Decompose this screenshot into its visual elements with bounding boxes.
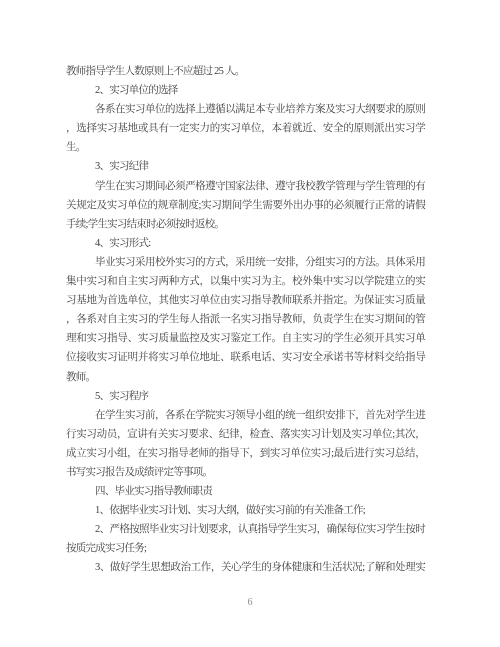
text-line: 1、依据毕业实习计划、实习大纲，做好实习前的有关准备工作; xyxy=(66,501,425,520)
text-line: 在学生实习前，各系在学院实习领导小组的统一组织安排下，首先对学生进 xyxy=(66,406,425,425)
text-line: ，选择实习基地或具有一定实力的实习单位，本着就近、安全的原则派出实习学 xyxy=(66,119,425,138)
text-line: ，各系对自主实习的学生每人指派一名实习指导教师，负责学生在实习期间的管 xyxy=(66,310,425,329)
text-line: 理和实习指导、实习质量监控及实习鉴定工作。自主实习的学生必须开具实习单 xyxy=(66,329,425,348)
text-line-section-heading: 四、毕业实习指导教师职责 xyxy=(66,482,425,501)
text-line: 学生在实习期间必须严格遵守国家法律、遵守我校教学管理与学生管理的有 xyxy=(66,177,425,196)
text-line: 集中实习和自主实习两种方式，以集中实习为主。校外集中实习以学院建立的实 xyxy=(66,272,425,291)
text-line: 按质完成实习任务; xyxy=(66,539,425,558)
text-line-heading: 3、实习纪律 xyxy=(66,157,425,176)
text-line: 生。 xyxy=(66,138,425,157)
text-line: 位接收实习证明并将实习单位地址、联系电话、实习安全承诺书等材料交给指导 xyxy=(66,348,425,367)
text-line: 书写实习报告及成绩评定等事项。 xyxy=(66,463,425,482)
text-block: 教师指导学生人数原则上不应超过 25 人。 2、实习单位的选择 各系在实习单位的… xyxy=(66,62,425,578)
text-line-heading: 4、实习形式: xyxy=(66,234,425,253)
document-page: 教师指导学生人数原则上不应超过 25 人。 2、实习单位的选择 各系在实习单位的… xyxy=(0,0,500,647)
text-line: 行实习动员，宣讲有关实习要求、纪律，检查、落实实习计划及实习单位;其次， xyxy=(66,425,425,444)
text-line: 毕业实习采用校外实习的方式，采用统一安排，分组实习的方法。具体采用 xyxy=(66,253,425,272)
text-line: 2、严格按照毕业实习计划要求，认真指导学生实习，确保每位实习学生按时 xyxy=(66,520,425,539)
text-line: 3、做好学生思想政治工作，关心学生的身体健康和生活状况;了解和处理实 xyxy=(66,558,425,577)
text-line: 手续;学生实习结束时必须按时返校。 xyxy=(66,215,425,234)
text-line-heading: 5、实习程序 xyxy=(66,387,425,406)
text-line: 习基地为首选单位，其他实习单位由实习指导教师联系并指定。为保证实习质量 xyxy=(66,291,425,310)
text-line-heading: 2、实习单位的选择 xyxy=(66,81,425,100)
text-line: 教师。 xyxy=(66,368,425,387)
text-line: 各系在实习单位的选择上遵循以满足本专业培养方案及实习大纲要求的原则 xyxy=(66,100,425,119)
text-line: 教师指导学生人数原则上不应超过 25 人。 xyxy=(66,62,425,81)
page-number: 6 xyxy=(0,594,500,612)
text-line: 成立实习小组，在实习指导老师的指导下，到实习单位实习;最后进行实习总结， xyxy=(66,444,425,463)
text-line: 关规定及实习单位的规章制度;实习期间学生需要外出办事的必须履行正常的请假 xyxy=(66,196,425,215)
